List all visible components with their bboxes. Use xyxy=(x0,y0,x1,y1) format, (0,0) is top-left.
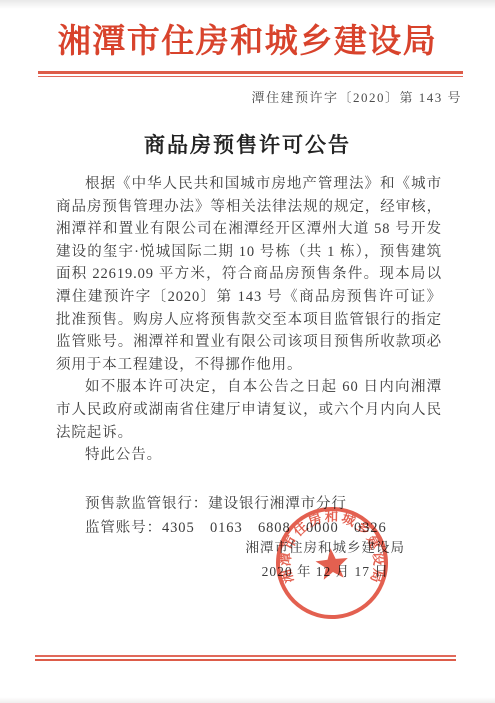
paragraph-appeal-rights: 如不服本许可决定，自本公告之日起 60 日内向湘潭市人民政府或湖南省住建厅申请复… xyxy=(56,376,442,444)
official-red-seal: 湘潭市住房和城乡建设局 xyxy=(266,497,398,629)
notice-body: 根据《中华人民共和国城市房地产管理法》和《城市商品房预售管理办法》等相关法律法规… xyxy=(56,173,442,540)
seal-star-icon xyxy=(314,546,349,580)
document-reference-number: 潭住建预许字〔2020〕第 143 号 xyxy=(251,87,462,106)
scan-shadow-top xyxy=(0,0,495,9)
official-document-page: 湘潭市住房和城乡建设局 潭住建预许字〔2020〕第 143 号 商品房预售许可公… xyxy=(0,0,495,703)
paragraph-legal-basis: 根据《中华人民共和国城市房地产管理法》和《城市商品房预售管理办法》等相关法律法规… xyxy=(56,173,442,376)
supervising-bank-line: 预售款监管银行：建设银行湘潭市分行 xyxy=(85,492,442,516)
paragraph-closing: 特此公告。 xyxy=(56,444,442,467)
scan-shadow-bottom xyxy=(0,697,495,703)
letterhead-divider-rule xyxy=(38,71,463,77)
notice-title: 商品房预售许可公告 xyxy=(0,129,495,159)
footer-divider-rule xyxy=(35,655,456,661)
agency-letterhead-title: 湘潭市住房和城乡建设局 xyxy=(0,22,495,62)
